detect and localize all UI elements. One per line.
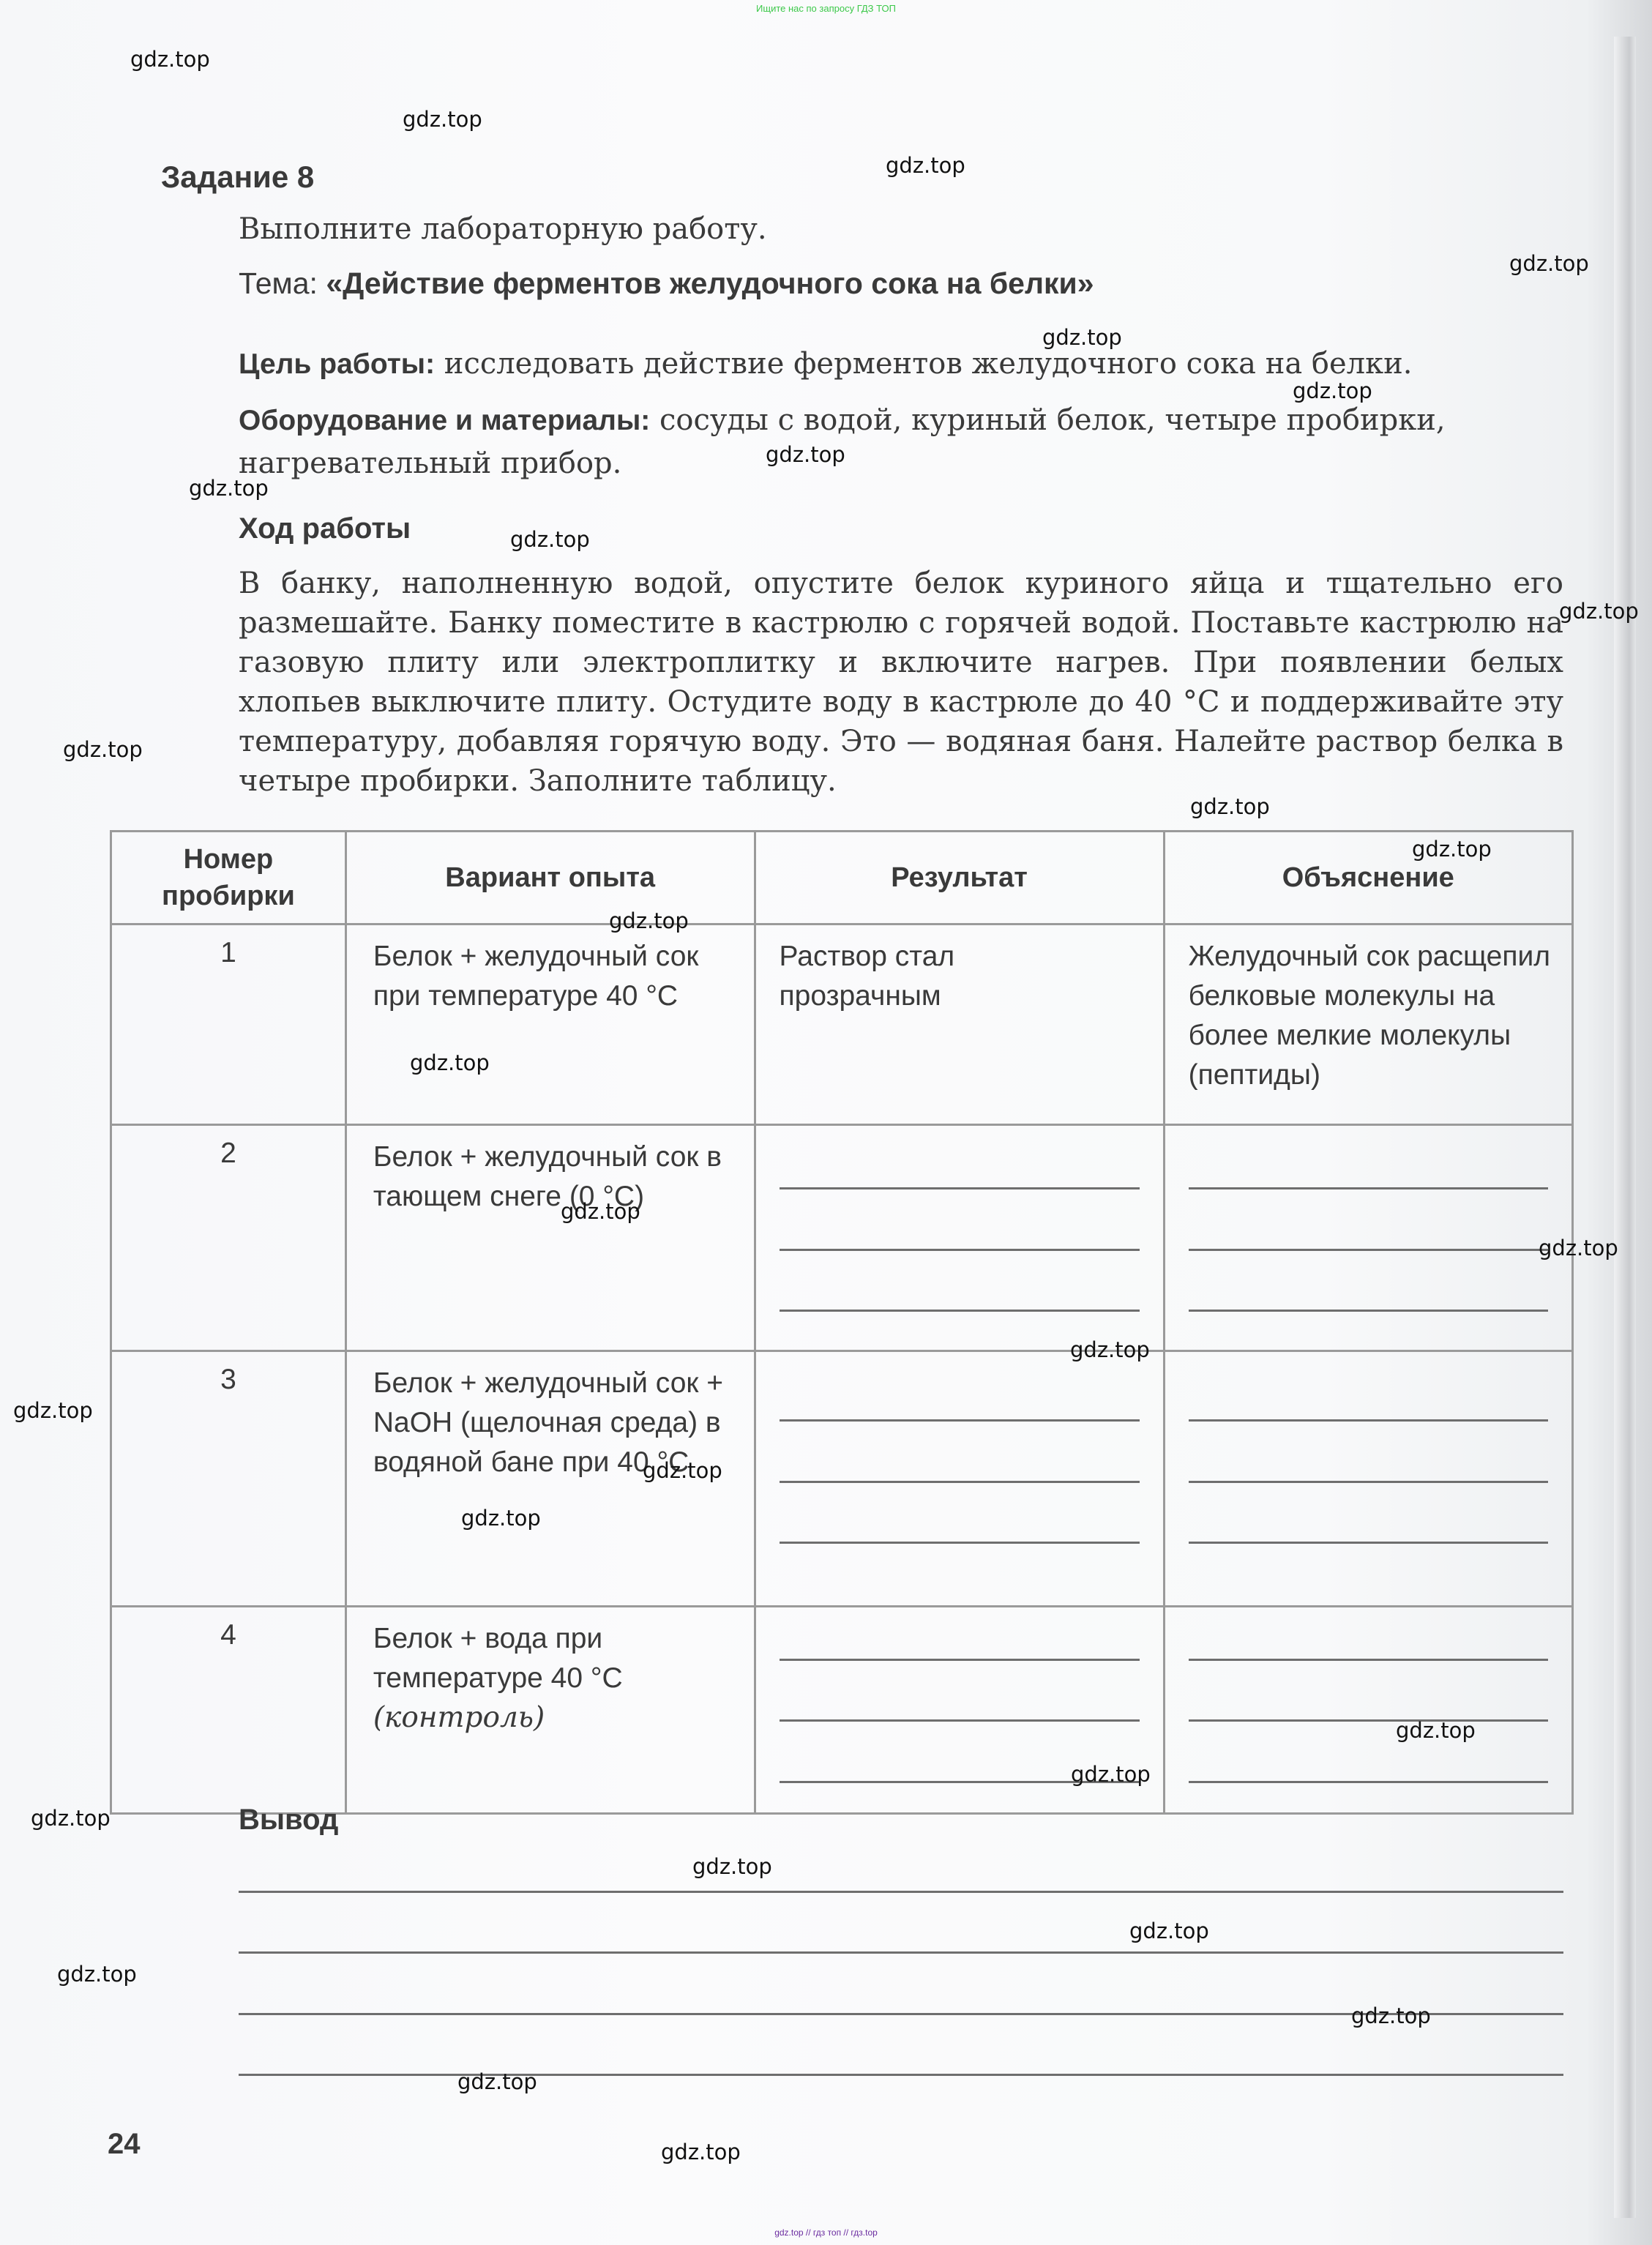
- topic-label: Тема:: [239, 266, 326, 300]
- lab-goal: Цель работы: исследовать действие фермен…: [239, 347, 1412, 381]
- variant-text: Белок + желудочный сок в тающем снеге (0…: [347, 1126, 754, 1217]
- answer-line: [1189, 1310, 1548, 1312]
- task-intro: Выполните лабораторную работу.: [239, 212, 767, 246]
- watermark-label: gdz.top: [661, 2140, 741, 2164]
- table-row: 1 Белок + желудочный сок при температуре…: [111, 924, 1573, 1125]
- goal-label: Цель работы:: [239, 348, 435, 380]
- variant-cell: Белок + желудочный сок в тающем снеге (0…: [345, 1125, 755, 1351]
- answer-line: [1189, 1542, 1548, 1544]
- watermark-label: gdz.top: [13, 1398, 93, 1423]
- conclusion-line: [239, 1891, 1563, 1893]
- topic-value: «Действие ферментов желудочного сока на …: [326, 266, 1094, 300]
- watermark-label: gdz.top: [886, 153, 965, 178]
- watermark-label: gdz.top: [643, 1458, 722, 1483]
- answer-line: [1189, 1659, 1548, 1661]
- answer-line: [1189, 1187, 1548, 1189]
- watermark-label: gdz.top: [510, 527, 590, 552]
- conclusion-line: [239, 1951, 1563, 1954]
- conclusion-line: [239, 2074, 1563, 2076]
- watermark-label: gdz.top: [766, 442, 845, 467]
- variant-cell: Белок + желудочный сок при температуре 4…: [345, 924, 755, 1125]
- answer-line: [1189, 1481, 1548, 1483]
- answer-line: [1189, 1781, 1548, 1783]
- watermark-label: gdz.top: [561, 1199, 640, 1224]
- answer-line: [780, 1419, 1140, 1422]
- explanation-cell[interactable]: Желудочный сок рас­щепил белковые моле­к…: [1164, 924, 1572, 1125]
- explanation-answer-field[interactable]: [1164, 1125, 1572, 1351]
- top-search-banner[interactable]: Ищите нас по запросу ГДЗ ТОП: [0, 3, 1652, 14]
- watermark-label: gdz.top: [410, 1050, 490, 1075]
- task-title: Задание 8: [161, 160, 314, 195]
- watermark-label: gdz.top: [1293, 378, 1372, 403]
- watermark-label: gdz.top: [1070, 1337, 1150, 1362]
- page-edge-shadow: [1614, 37, 1636, 2218]
- watermark-label: gdz.top: [1559, 599, 1639, 624]
- watermark-label: gdz.top: [1129, 1919, 1209, 1943]
- watermark-label: gdz.top: [609, 908, 689, 933]
- header-variant: Вариант опыта: [345, 832, 755, 924]
- watermark-label: gdz.top: [1190, 794, 1270, 819]
- explanation-answer-field[interactable]: [1164, 1607, 1572, 1814]
- tube-number: 4: [111, 1607, 346, 1814]
- workbook-page: Ищите нас по запросу ГДЗ ТОП Задание 8 В…: [0, 0, 1652, 2245]
- watermark-label: gdz.top: [1351, 2003, 1431, 2028]
- watermark-label: gdz.top: [1396, 1718, 1476, 1743]
- header-tube-number: Номер пробирки: [111, 832, 346, 924]
- variant-cell: Белок + вода при температуре 40 °С (конт…: [345, 1607, 755, 1814]
- watermark-label: gdz.top: [403, 107, 482, 132]
- result-answer-field[interactable]: [755, 1125, 1164, 1351]
- watermark-label: gdz.top: [130, 47, 210, 72]
- watermark-label: gdz.top: [1042, 325, 1122, 350]
- lab-topic: Тема: «Действие ферментов желудочного со…: [239, 266, 1094, 301]
- watermark-label: gdz.top: [692, 1854, 772, 1879]
- header-explanation: Объяснение: [1164, 832, 1572, 924]
- answer-line: [780, 1542, 1140, 1544]
- watermark-label: gdz.top: [1071, 1762, 1151, 1787]
- watermark-label: gdz.top: [1509, 251, 1589, 276]
- table-header-row: Номер пробирки Вариант опыта Результат О…: [111, 832, 1573, 924]
- watermark-label: gdz.top: [1412, 837, 1492, 862]
- equipment-label: Оборудование и материалы:: [239, 405, 650, 436]
- variant-text: Белок + вода при температуре 40 °С (конт…: [347, 1607, 754, 1738]
- tube-number: 3: [111, 1351, 346, 1607]
- tube-number: 2: [111, 1125, 346, 1351]
- watermark-label: gdz.top: [63, 737, 143, 762]
- variant-text-main: Белок + вода при температуре 40 °С: [373, 1623, 623, 1694]
- watermark-label: gdz.top: [1539, 1236, 1618, 1260]
- goal-value: исследовать действие ферментов желудочно…: [435, 347, 1412, 381]
- answer-line: [1189, 1419, 1548, 1422]
- watermark-label: gdz.top: [31, 1806, 111, 1831]
- variant-text: Белок + желудочный сок при температуре 4…: [347, 925, 754, 1016]
- explanation-text: Желудочный сок рас­щепил белковые моле­к…: [1165, 925, 1571, 1095]
- header-result: Результат: [755, 832, 1164, 924]
- result-text: Раствор стал прозрачным: [756, 925, 1163, 1016]
- answer-line: [780, 1659, 1140, 1661]
- result-answer-field[interactable]: [755, 1351, 1164, 1607]
- watermark-label: gdz.top: [461, 1506, 541, 1531]
- watermark-label: gdz.top: [457, 2069, 537, 2094]
- procedure-title: Ход работы: [239, 512, 411, 545]
- explanation-answer-field[interactable]: [1164, 1351, 1572, 1607]
- procedure-text: В банку, наполненную водой, опустите бел…: [239, 564, 1563, 801]
- answer-line: [780, 1249, 1140, 1251]
- lab-equipment: Оборудование и материалы: сосуды с водой…: [239, 399, 1563, 485]
- answer-line: [780, 1719, 1140, 1722]
- lab-results-table: Номер пробирки Вариант опыта Результат О…: [110, 830, 1574, 1815]
- answer-line: [1189, 1249, 1548, 1251]
- answer-line: [1189, 1719, 1548, 1722]
- answer-line: [780, 1187, 1140, 1189]
- table-row: 2 Белок + желудочный сок в тающем снеге …: [111, 1125, 1573, 1351]
- page-number: 24: [108, 2128, 141, 2161]
- bottom-site-banner[interactable]: gdz.top // гдз топ // гдз.top: [0, 2227, 1652, 2238]
- variant-control-note: (контроль): [373, 1701, 545, 1734]
- answer-line: [780, 1310, 1140, 1312]
- conclusion-title: Вывод: [239, 1804, 338, 1837]
- table-row: 3 Белок + желудочный сок + NaOH (щелочна…: [111, 1351, 1573, 1607]
- watermark-label: gdz.top: [57, 1962, 137, 1987]
- watermark-label: gdz.top: [189, 476, 269, 501]
- table-row: 4 Белок + вода при температуре 40 °С (ко…: [111, 1607, 1573, 1814]
- tube-number: 1: [111, 924, 346, 1125]
- result-cell[interactable]: Раствор стал прозрачным: [755, 924, 1164, 1125]
- answer-line: [780, 1481, 1140, 1483]
